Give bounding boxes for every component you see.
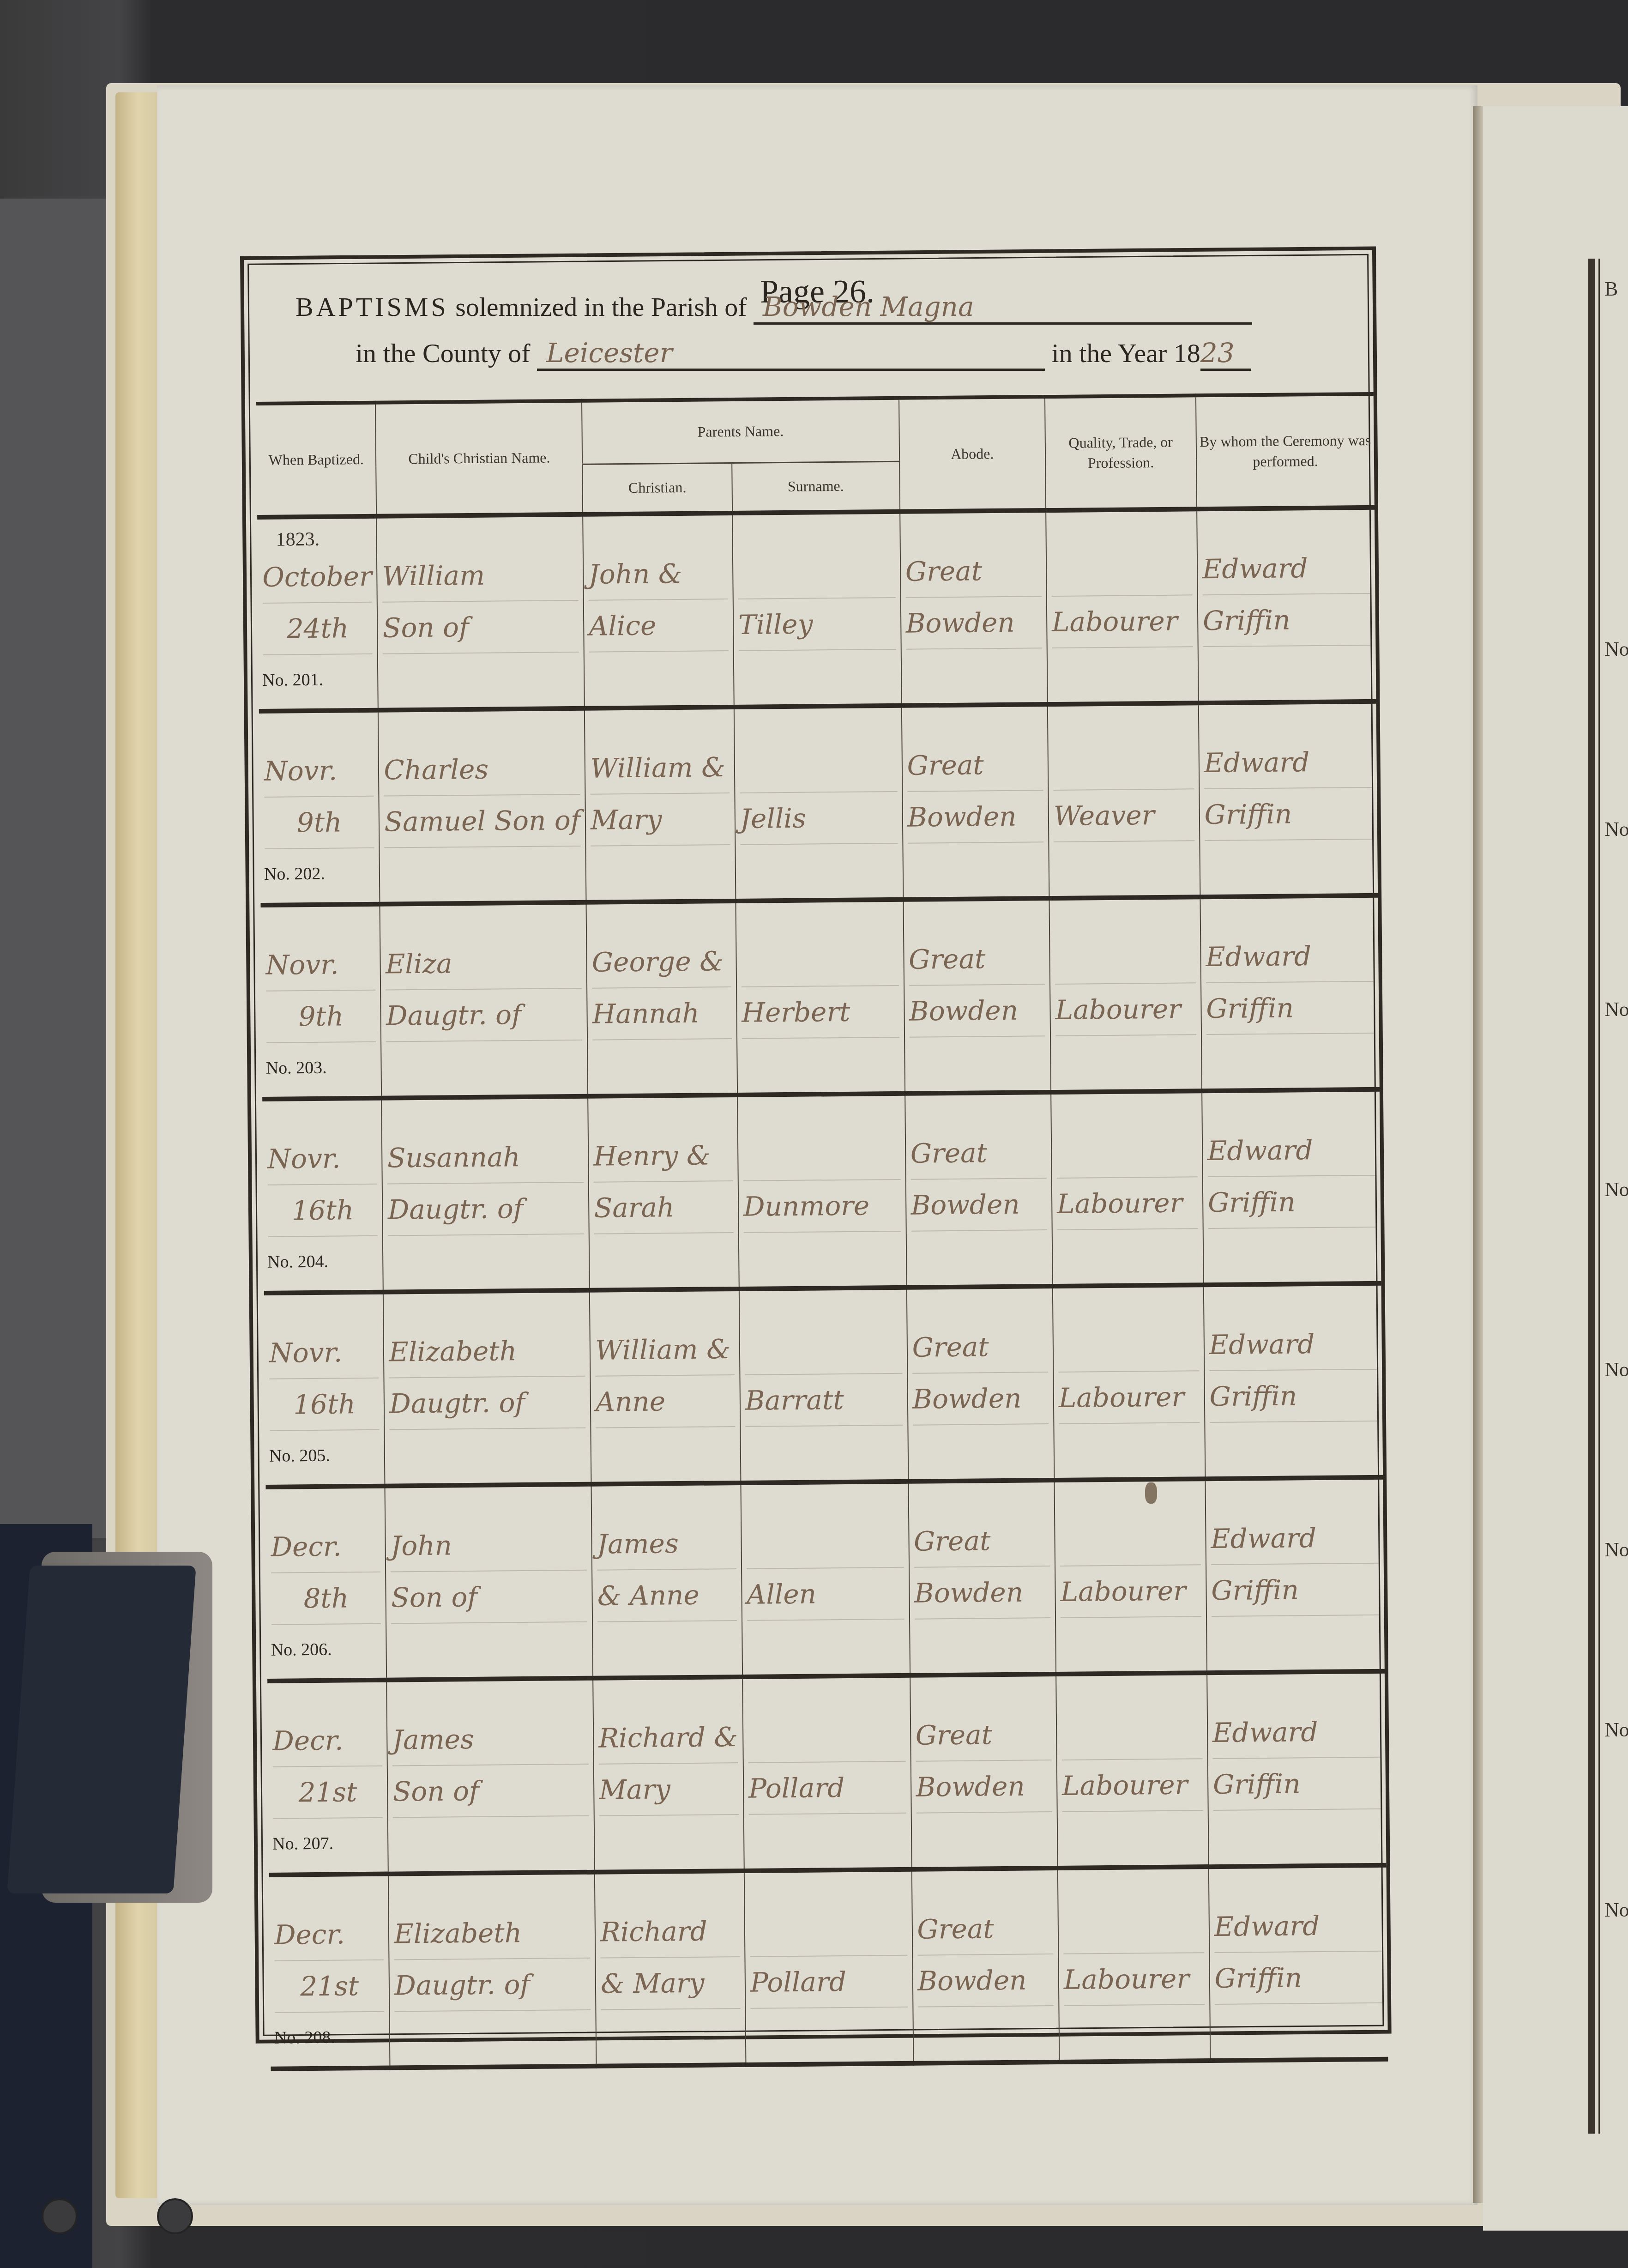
table-row: Novr.9thNo. 202. CharlesSamuel Son of Wi…	[259, 702, 1378, 905]
parent-2: Alice	[589, 599, 729, 653]
date-day: 16th	[268, 1185, 378, 1237]
table-row: Decr.21stNo. 208. ElizabethDaugtr. of Ri…	[269, 1865, 1388, 2069]
abode-1: Great	[909, 933, 1045, 986]
abode-2: Bowden	[907, 791, 1043, 844]
child-relation: Daugtr. of	[387, 1183, 584, 1236]
surname: Allen	[747, 1568, 904, 1621]
minister-last: Griffin	[1203, 594, 1371, 647]
cell-surname: Jellis	[734, 706, 903, 901]
entry-number: No. 202.	[264, 864, 325, 884]
year-note: 1823.	[276, 528, 320, 551]
trade: Labourer	[1052, 595, 1193, 648]
minister-last: Griffin	[1204, 788, 1373, 841]
cell-abode: GreatBowden	[910, 1674, 1058, 1869]
abode-2: Bowden	[912, 1373, 1049, 1426]
minister-first: Edward	[1212, 1706, 1381, 1759]
cell-child: JamesSon of	[387, 1678, 595, 1874]
abode-1: Great	[905, 545, 1041, 598]
cell-minister: EdwardGriffin	[1207, 1671, 1387, 1867]
entry-number: No. 205.	[269, 1445, 330, 1466]
cell-surname: Pollard	[744, 1869, 913, 2065]
cell-abode: GreatBowden	[906, 1286, 1054, 1482]
abode-1: Great	[912, 1321, 1048, 1374]
title-baptisms: BAPTISMS	[295, 292, 449, 322]
facing-page-row-label: No	[1604, 637, 1628, 661]
table-row: Decr.8thNo. 206. JohnSon of James& Anne …	[266, 1477, 1385, 1681]
cell-child: ElizabethDaugtr. of	[383, 1290, 591, 1486]
cell-abode: GreatBowden	[900, 510, 1048, 706]
date-month: October	[262, 551, 372, 604]
cell-trade: Labourer	[1046, 509, 1198, 704]
ribbon-cloth	[7, 1566, 196, 1893]
cell-surname: Allen	[741, 1482, 910, 1677]
cell-minister: EdwardGriffin	[1197, 508, 1376, 703]
parent-2: Anne	[596, 1375, 736, 1428]
cell-date: Novr.9thNo. 202.	[259, 710, 380, 905]
col-abode: Abode.	[899, 397, 1046, 512]
cell-child: ElizabethDaugtr. of	[388, 1872, 596, 2068]
book-gutter	[1473, 106, 1483, 2203]
cell-trade: Weaver	[1048, 703, 1200, 898]
table-row: Novr.9thNo. 203. ElizaDaugtr. of George …	[261, 895, 1380, 1099]
child-name: Eliza	[386, 937, 582, 991]
surname: Jellis	[740, 792, 898, 845]
trade: Labourer	[1055, 983, 1196, 1036]
col-parents-christian: Christian.	[582, 463, 732, 514]
cell-parents-christian: William &Mary	[585, 707, 736, 902]
screw-icon	[42, 2198, 78, 2234]
child-name: Elizabeth	[394, 1907, 591, 1960]
child-relation: Daugtr. of	[394, 1959, 591, 2012]
cell-minister: EdwardGriffin	[1204, 1283, 1383, 1479]
minister-last: Griffin	[1209, 1370, 1378, 1423]
abode-1: Great	[915, 1709, 1051, 1762]
date-month: Novr.	[264, 745, 374, 798]
parent-2: Hannah	[592, 987, 732, 1040]
date-day: 21st	[273, 1766, 383, 1819]
parent-1: Richard &	[598, 1712, 738, 1765]
cell-date: 1823. October 24th No. 201.	[257, 516, 378, 711]
cell-parents-christian: Richard &Mary	[593, 1677, 744, 1872]
register-title-line-2: in the County of Leicester in the Year 1…	[356, 337, 1251, 371]
cell-minister: EdwardGriffin	[1199, 702, 1378, 897]
child-name: Susannah	[387, 1131, 584, 1185]
entry-number: No. 207.	[272, 1833, 333, 1854]
cell-trade: Labourer	[1058, 1867, 1210, 2062]
surname: Pollard	[748, 1762, 906, 1815]
facing-page-header-letter: B	[1604, 277, 1618, 301]
col-when-baptized: When Baptized.	[256, 403, 377, 517]
date-day: 24th	[263, 603, 373, 655]
cell-parents-christian: William &Anne	[590, 1289, 741, 1484]
date-day: 9th	[264, 797, 374, 849]
cell-minister: EdwardGriffin	[1200, 895, 1380, 1091]
cell-parents-christian: Henry &Sarah	[588, 1095, 739, 1290]
col-parents-surname: Surname.	[732, 461, 900, 513]
parent-1: William &	[590, 742, 730, 795]
facing-page-row-label: No	[1604, 1538, 1628, 1561]
county-label: in the County of	[356, 338, 531, 368]
col-quality: Quality, Trade, or Profession.	[1045, 395, 1197, 510]
surname: Tilley	[738, 598, 896, 651]
baptism-register-table: When Baptized. Child's Christian Name. P…	[256, 392, 1388, 2071]
parent-1: Henry &	[593, 1130, 733, 1183]
child-name: Charles	[384, 743, 580, 797]
child-name: Elizabeth	[389, 1325, 585, 1379]
cell-surname: Pollard	[742, 1675, 911, 1871]
cell-minister: EdwardGriffin	[1209, 1865, 1388, 2061]
facing-page-row-label: No	[1604, 998, 1628, 1021]
cell-trade: Labourer	[1056, 1673, 1208, 1868]
minister-first: Edward	[1214, 1900, 1382, 1953]
cell-child: WilliamSon of	[377, 514, 585, 710]
minister-first: Edward	[1211, 1512, 1379, 1565]
child-relation: Son of	[391, 1571, 588, 1624]
entry-number: No. 201.	[262, 670, 323, 690]
table-row: 1823. October 24th No. 201. WilliamSon o…	[257, 508, 1376, 711]
date-month: Novr.	[267, 1133, 377, 1185]
cell-trade: Labourer	[1053, 1285, 1205, 1480]
cell-abode: GreatBowden	[905, 1092, 1053, 1288]
col-by-whom: By whom the Ceremony was performed.	[1196, 394, 1375, 509]
minister-last: Griffin	[1213, 1758, 1381, 1811]
minister-first: Edward	[1204, 736, 1372, 789]
cell-trade: Labourer	[1049, 897, 1201, 1092]
parent-1: George &	[591, 936, 731, 989]
surname: Pollard	[750, 1956, 908, 2009]
abode-2: Bowden	[916, 1760, 1052, 1814]
cell-parents-christian: James& Anne	[591, 1483, 742, 1678]
trade: Labourer	[1063, 1953, 1205, 2006]
cell-surname: Barratt	[739, 1288, 908, 1483]
facing-page-row-label: No	[1604, 817, 1628, 841]
abode-2: Bowden	[917, 1954, 1054, 2008]
cell-abode: GreatBowden	[911, 1868, 1059, 2063]
surname: Dunmore	[743, 1180, 901, 1233]
facing-page-row-label: No	[1604, 1178, 1628, 1201]
trade: Labourer	[1057, 1177, 1198, 1230]
cell-minister: EdwardGriffin	[1202, 1089, 1381, 1285]
cell-child: JohnSon of	[385, 1484, 593, 1680]
parent-2: Mary	[591, 793, 730, 847]
entry-number: No. 206.	[271, 1639, 332, 1660]
screw-icon	[157, 2198, 193, 2234]
child-relation: Daugtr. of	[386, 989, 583, 1042]
child-name: William	[382, 549, 579, 603]
child-relation: Son of	[392, 1765, 589, 1818]
cell-abode: GreatBowden	[903, 898, 1051, 1094]
trade: Labourer	[1060, 1565, 1201, 1618]
parent-2: Sarah	[594, 1181, 734, 1234]
year-suffix: 23	[1200, 337, 1251, 371]
cell-surname: Herbert	[736, 900, 904, 1095]
date-day: 8th	[271, 1572, 381, 1625]
date-day: 9th	[266, 991, 376, 1043]
ink-stain	[1145, 1482, 1157, 1504]
cell-date: Decr.8thNo. 206.	[266, 1486, 387, 1681]
cell-date: Decr.21stNo. 207.	[267, 1680, 388, 1875]
cell-abode: GreatBowden	[908, 1480, 1056, 1675]
col-parents-name: Parents Name.	[582, 398, 899, 464]
cell-date: Novr.16thNo. 205.	[264, 1292, 385, 1487]
entry-number: No. 204.	[267, 1252, 328, 1272]
title-solemnized: solemnized in the Parish of	[455, 292, 747, 322]
parent-2: & Mary	[601, 1957, 741, 2010]
trade: Labourer	[1062, 1759, 1203, 1812]
year-label: in the Year 18	[1052, 338, 1200, 368]
date-day: 21st	[274, 1960, 384, 2013]
facing-page-row-label: No	[1604, 1718, 1628, 1742]
cell-child: CharlesSamuel Son of	[378, 708, 586, 904]
child-name: James	[392, 1713, 589, 1766]
abode-1: Great	[910, 1127, 1046, 1180]
trade: Weaver	[1053, 789, 1194, 842]
parent-1: James	[597, 1518, 736, 1571]
county-name: Leicester	[537, 337, 1045, 371]
abode-1: Great	[917, 1903, 1053, 1956]
minister-first: Edward	[1209, 1318, 1377, 1371]
parish-name: Bowden Magna	[754, 291, 1252, 325]
entry-number: No. 203.	[265, 1058, 326, 1078]
parent-1: William &	[595, 1324, 735, 1377]
minister-first: Edward	[1202, 542, 1371, 595]
child-name: John	[391, 1519, 587, 1572]
parent-2: Mary	[599, 1763, 739, 1816]
parent-1: John &	[588, 548, 728, 601]
table-row: Novr.16thNo. 204. SusannahDaugtr. of Hen…	[262, 1089, 1381, 1293]
cell-surname: Tilley	[732, 512, 901, 707]
cell-abode: GreatBowden	[901, 704, 1049, 900]
trade: Labourer	[1058, 1371, 1200, 1424]
date-day: 16th	[269, 1379, 379, 1431]
abode-2: Bowden	[909, 985, 1045, 1038]
cell-minister: EdwardGriffin	[1205, 1477, 1385, 1673]
cell-parents-christian: George &Hannah	[586, 901, 737, 1096]
minister-last: Griffin	[1211, 1564, 1380, 1617]
table-row: Decr.21stNo. 207. JamesSon of Richard &M…	[267, 1671, 1387, 1875]
cell-child: SusannahDaugtr. of	[382, 1096, 590, 1292]
date-month: Decr.	[271, 1521, 380, 1573]
minister-last: Griffin	[1206, 982, 1375, 1035]
cell-date: Novr.16thNo. 204.	[262, 1098, 383, 1293]
date-month: Novr.	[265, 939, 375, 992]
cell-parents-christian: Richard& Mary	[595, 1871, 746, 2066]
surname: Herbert	[742, 986, 899, 1039]
col-child-name: Child's Christian Name.	[375, 401, 583, 516]
child-relation: Daugtr. of	[389, 1377, 586, 1430]
minister-last: Griffin	[1214, 1952, 1383, 2005]
minister-last: Griffin	[1208, 1176, 1376, 1229]
facing-page-row-label: No	[1604, 1358, 1628, 1381]
minister-first: Edward	[1207, 1124, 1376, 1177]
abode-2: Bowden	[905, 597, 1042, 650]
date-month: Decr.	[274, 1909, 384, 1961]
cell-date: Decr.21stNo. 208.	[269, 1874, 390, 2069]
cell-trade: Labourer	[1051, 1091, 1203, 1286]
abode-1: Great	[914, 1515, 1050, 1568]
minister-first: Edward	[1206, 930, 1374, 983]
parent-2: & Anne	[597, 1569, 737, 1622]
abode-1: Great	[907, 739, 1043, 792]
register-title-line-1: BAPTISMS solemnized in the Parish of Bow…	[295, 291, 1252, 325]
date-month: Decr.	[272, 1715, 382, 1767]
cell-surname: Dunmore	[737, 1094, 906, 1289]
entry-number: No. 208.	[274, 2027, 335, 2048]
surname: Barratt	[745, 1374, 903, 1427]
cell-date: Novr.9thNo. 203.	[261, 904, 382, 1099]
child-relation: Son of	[382, 601, 579, 654]
cell-trade: Labourer	[1054, 1479, 1206, 1674]
child-relation: Samuel Son of	[384, 795, 581, 848]
parent-1: Richard	[600, 1905, 740, 1959]
abode-2: Bowden	[910, 1179, 1047, 1232]
table-row: Novr.16thNo. 205. ElizabethDaugtr. of Wi…	[264, 1283, 1383, 1487]
facing-page-row-label: No	[1604, 1898, 1628, 1922]
cell-child: ElizaDaugtr. of	[380, 902, 588, 1098]
cell-parents-christian: John &Alice	[583, 513, 734, 708]
abode-2: Bowden	[914, 1566, 1050, 1620]
date-month: Novr.	[269, 1327, 379, 1379]
